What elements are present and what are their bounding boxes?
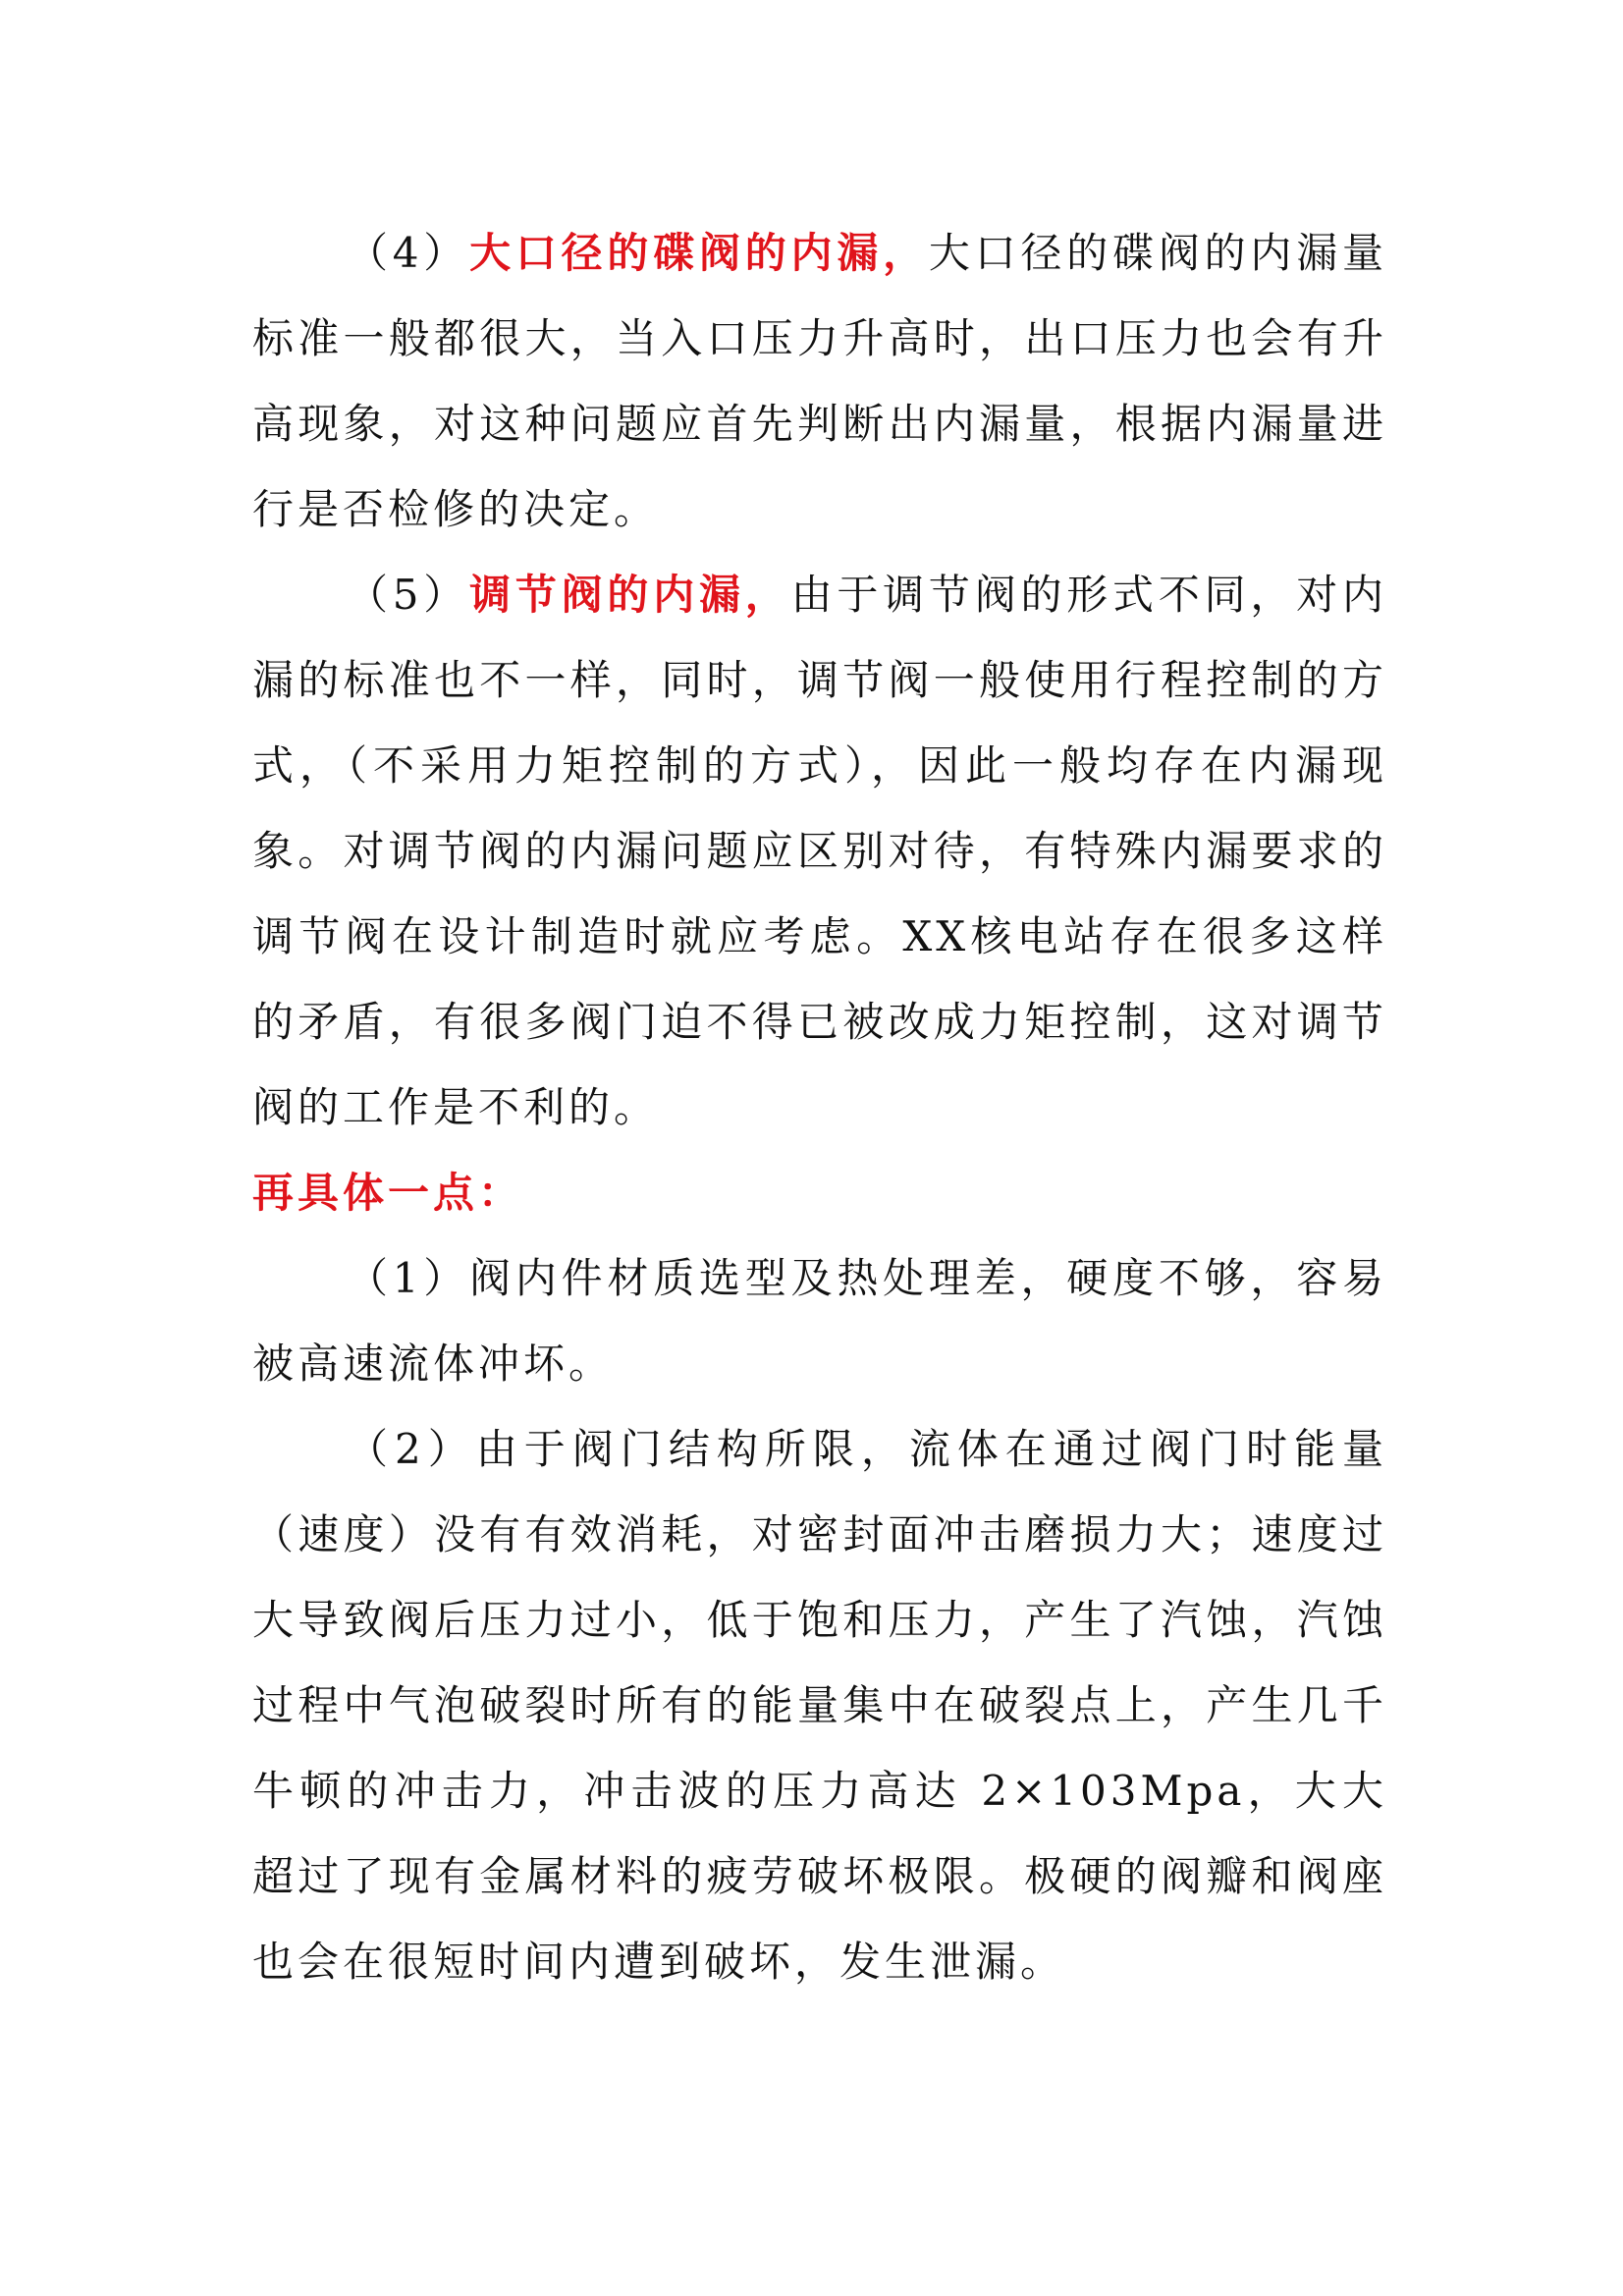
paragraph-body: 由于调节阀的形式不同，对内漏的标准也不一样，同时，调节阀一般使用行程控制的方式，… <box>252 571 1387 1131</box>
item-number: （1） <box>347 1254 469 1302</box>
item-body: 由于阀门结构所限，流体在通过阀门时能量（速度）没有有效消耗，对密封面冲击磨损力大… <box>252 1425 1387 1986</box>
section-heading: 再具体一点： <box>252 1150 1387 1235</box>
item-number: （5） <box>347 571 469 619</box>
list-item-structure: （2）由于阀门结构所限，流体在通过阀门时能量（速度）没有有效消耗，对密封面冲击磨… <box>252 1406 1387 2004</box>
highlight-title: 调节阀的内漏， <box>469 571 790 619</box>
list-item-material: （1）阀内件材质选型及热处理差，硬度不够，容易被高速流体冲坏。 <box>252 1235 1387 1406</box>
item-number: （4） <box>347 229 469 277</box>
paragraph-butterfly-valve-leak: （4）大口径的碟阀的内漏，大口径的碟阀的内漏量标准一般都很大，当入口压力升高时，… <box>252 210 1387 552</box>
document-page: （4）大口径的碟阀的内漏，大口径的碟阀的内漏量标准一般都很大，当入口压力升高时，… <box>252 210 1387 2004</box>
highlight-title: 大口径的碟阀的内漏， <box>469 229 929 277</box>
paragraph-control-valve-leak: （5）调节阀的内漏，由于调节阀的形式不同，对内漏的标准也不一样，同时，调节阀一般… <box>252 552 1387 1150</box>
item-number: （2） <box>347 1425 476 1473</box>
